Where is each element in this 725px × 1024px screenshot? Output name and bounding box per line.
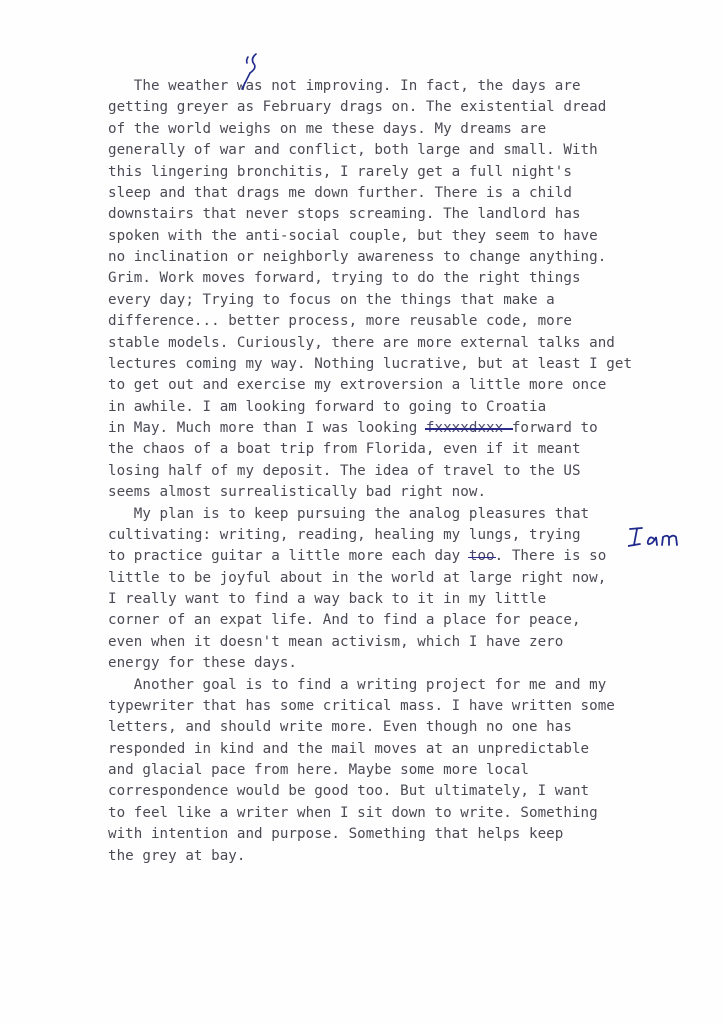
typed-line: losing half of my deposit. The idea of t… (108, 461, 708, 482)
typed-line: difference... better process, more reusa… (108, 311, 708, 332)
typed-text: to practice guitar a little more each da… (108, 548, 469, 564)
typed-line: the grey at bay. (108, 846, 708, 867)
struck-through-text: too (469, 548, 495, 564)
typed-line: with intention and purpose. Something th… (108, 824, 708, 845)
typed-text: . There is so (495, 548, 607, 564)
typed-line: every day; Trying to focus on the things… (108, 290, 708, 311)
typed-line: no inclination or neighborly awareness t… (108, 247, 708, 268)
typed-line: letters, and should write more. Even tho… (108, 717, 708, 738)
typed-line: lectures coming my way. Nothing lucrativ… (108, 354, 708, 375)
typed-line: corner of an expat life. And to find a p… (108, 610, 708, 631)
typed-line: cultivating: writing, reading, healing m… (108, 525, 708, 546)
typed-line: and glacial pace from here. Maybe some m… (108, 760, 708, 781)
typed-line: stable models. Curiously, there are more… (108, 333, 708, 354)
typed-line: even when it doesn't mean activism, whic… (108, 632, 708, 653)
typed-line: in May. Much more than I was looking fxx… (108, 418, 708, 439)
typed-line: getting greyer as February drags on. The… (108, 97, 708, 118)
typed-text-body: The weather was not improving. In fact, … (108, 76, 708, 867)
typed-line: in awhile. I am looking forward to going… (108, 397, 708, 418)
typed-line: Another goal is to find a writing projec… (108, 675, 708, 696)
typed-line: to feel like a writer when I sit down to… (108, 803, 708, 824)
typed-line: The weather was not improving. In fact, … (108, 76, 708, 97)
typed-line: generally of war and conflict, both larg… (108, 140, 708, 161)
typed-line: this lingering bronchitis, I rarely get … (108, 162, 708, 183)
typed-line: correspondence would be good too. But ul… (108, 781, 708, 802)
typed-line: sleep and that drags me down further. Th… (108, 183, 708, 204)
typed-line: little to be joyful about in the world a… (108, 568, 708, 589)
typed-line: the chaos of a boat trip from Florida, e… (108, 439, 708, 460)
typed-line: spoken with the anti-social couple, but … (108, 226, 708, 247)
typed-line: I really want to find a way back to it i… (108, 589, 708, 610)
typed-line: energy for these days. (108, 653, 708, 674)
typed-line: typewriter that has some critical mass. … (108, 696, 708, 717)
typed-text: forward to (512, 420, 598, 436)
typed-line: of the world weighs on me these days. My… (108, 119, 708, 140)
handwritten-insert-i-am (628, 523, 708, 553)
typed-line: Grim. Work moves forward, trying to do t… (108, 268, 708, 289)
typed-line: responded in kind and the mail moves at … (108, 739, 708, 760)
typewritten-page: The weather was not improving. In fact, … (0, 0, 725, 1024)
struck-through-text: fxxxxdxxx (426, 420, 512, 436)
typed-line: downstairs that never stops screaming. T… (108, 204, 708, 225)
typed-line: to get out and exercise my extroversion … (108, 375, 708, 396)
handwritten-correction-was-is (240, 51, 260, 91)
typed-line: to practice guitar a little more each da… (108, 546, 708, 567)
typed-text: in May. Much more than I was looking (108, 420, 426, 436)
typed-line: My plan is to keep pursuing the analog p… (108, 504, 708, 525)
typed-line: seems almost surrealistically bad right … (108, 482, 708, 503)
